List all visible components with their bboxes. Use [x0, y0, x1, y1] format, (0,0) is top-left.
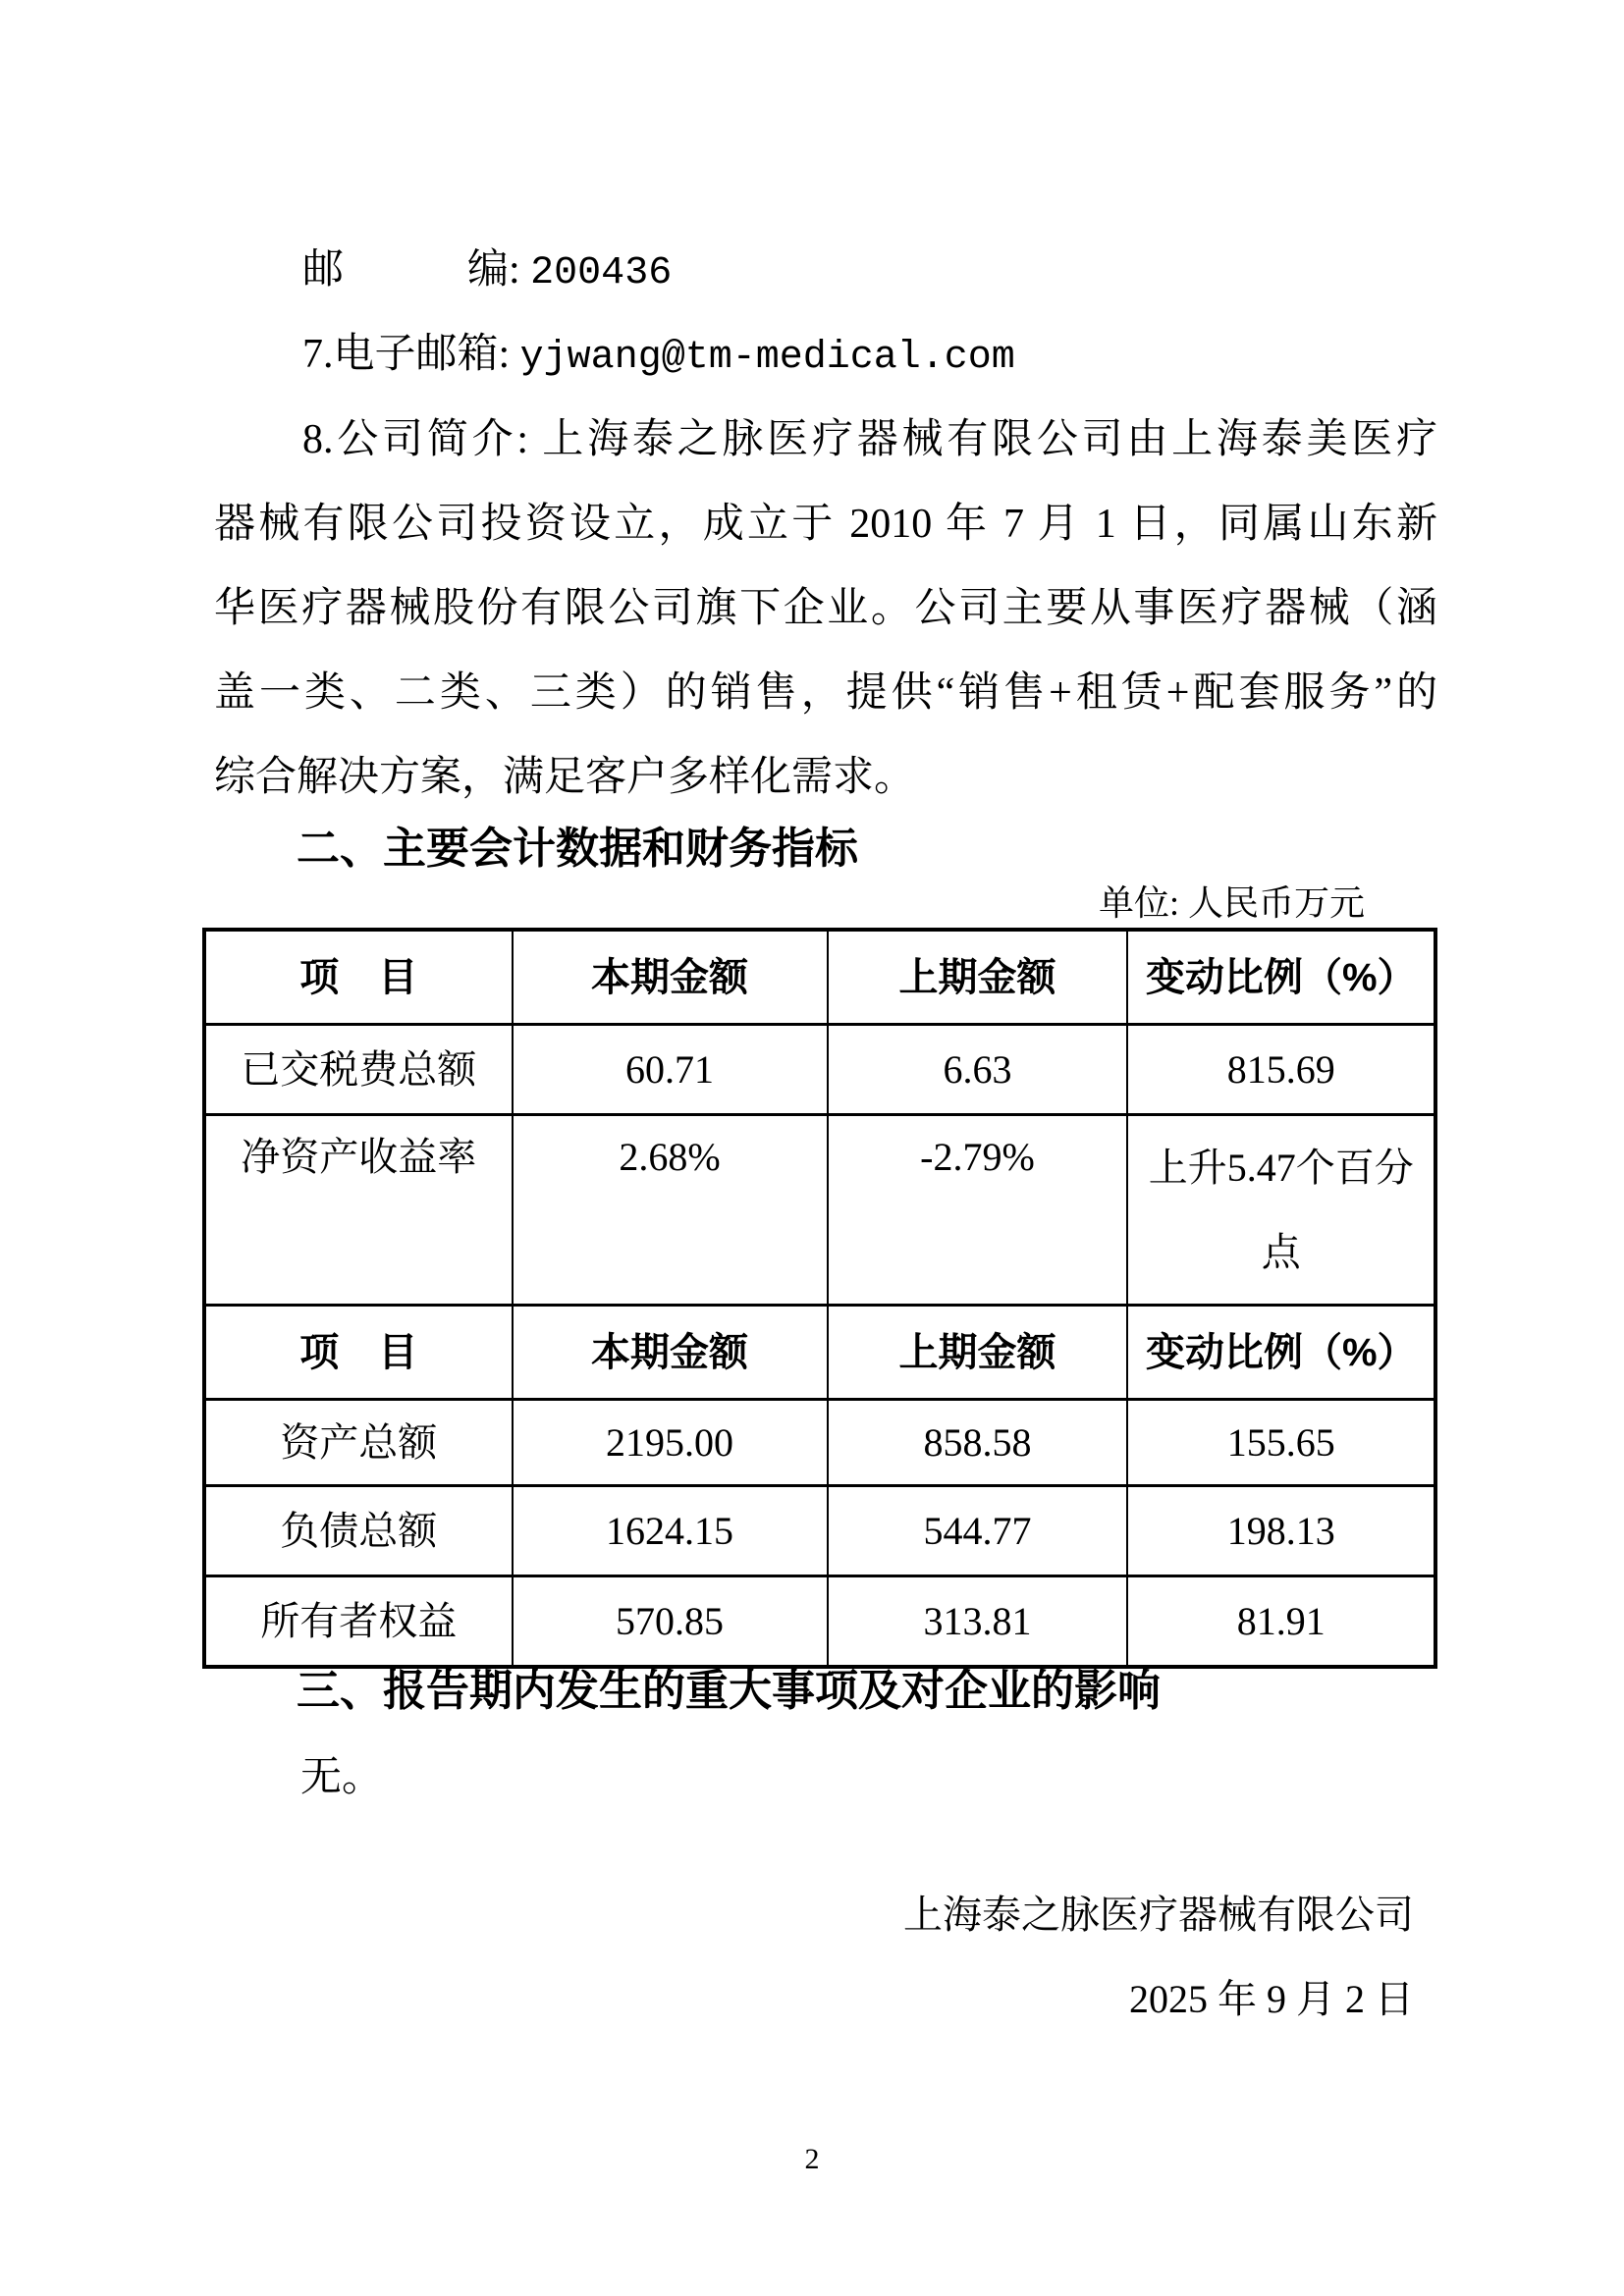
table-cell: 155.65: [1127, 1400, 1435, 1486]
section3-content: 无。: [214, 1735, 1524, 1820]
paragraph-line: 8.公司简介: 上海泰之脉医疗器械有限公司由上海泰美医疗: [214, 398, 1437, 482]
table-cell: 60.71: [513, 1025, 828, 1115]
table-cell: 上升5.47个百分点: [1127, 1115, 1435, 1306]
paragraph-line: 器械有限公司投资设立，成立于 2010 年 7 月 1 日，同属山东新: [214, 482, 1437, 566]
paragraph-line: 华医疗器械股份有限公司旗下企业。公司主要从事医疗器械（涵: [214, 566, 1437, 651]
postal-code-label: 邮 编:: [302, 247, 530, 293]
table-cell: 负债总额: [204, 1486, 513, 1576]
table-header-row: 项 目 本期金额 上期金额 变动比例（%）: [204, 1306, 1435, 1400]
table-header-cell: 上期金额: [828, 1306, 1128, 1400]
email-line: 7.电子邮箱: yjwang@tm-medical.com: [214, 312, 1526, 400]
table-cell: 544.77: [828, 1486, 1128, 1576]
table-cell: 净资产收益率: [204, 1115, 513, 1306]
table-cell: -2.79%: [828, 1115, 1128, 1306]
table-header-row: 项 目 本期金额 上期金额 变动比例（%）: [204, 930, 1435, 1025]
table-header-cell: 变动比例（%）: [1127, 930, 1435, 1025]
page-number: 2: [0, 2140, 1624, 2179]
table-cell: 198.13: [1127, 1486, 1435, 1576]
table-cell: 858.58: [828, 1400, 1128, 1486]
table-cell: 6.63: [828, 1025, 1128, 1115]
email-value: yjwang@tm-medical.com: [520, 336, 1015, 380]
company-profile-paragraph: 8.公司简介: 上海泰之脉医疗器械有限公司由上海泰美医疗 器械有限公司投资设立，…: [214, 398, 1437, 820]
paragraph-line: 盖一类、二类、三类）的销售，提供“销售+租赁+配套服务”的: [214, 651, 1437, 735]
table-cell: 1624.15: [513, 1486, 828, 1576]
table-header-cell: 上期金额: [828, 930, 1128, 1025]
table-cell: 815.69: [1127, 1025, 1435, 1115]
postal-code-value: 200436: [530, 251, 672, 295]
unit-note: 单位: 人民币万元: [202, 879, 1365, 928]
section3-heading: 三、报告期内发生的重大事项及对企业的影响: [214, 1649, 1520, 1734]
table-header-cell: 项 目: [204, 1306, 513, 1400]
signature-date: 2025 年 9 月 2 日: [214, 1957, 1414, 2042]
postal-code-line: 邮 编: 200436: [214, 228, 1526, 316]
signature-company: 上海泰之脉医疗器械有限公司: [214, 1873, 1414, 1957]
email-label: 7.电子邮箱:: [302, 332, 520, 377]
table-header-cell: 项 目: [204, 930, 513, 1025]
financial-indicators-table: 项 目 本期金额 上期金额 变动比例（%） 已交税费总额 60.71 6.63 …: [202, 928, 1437, 1669]
table-header-cell: 变动比例（%）: [1127, 1306, 1435, 1400]
table-cell: 2.68%: [513, 1115, 828, 1306]
table-row: 负债总额 1624.15 544.77 198.13: [204, 1486, 1435, 1576]
table-cell: 2195.00: [513, 1400, 828, 1486]
table-row: 已交税费总额 60.71 6.63 815.69: [204, 1025, 1435, 1115]
table-header-cell: 本期金额: [513, 1306, 828, 1400]
table-cell: 已交税费总额: [204, 1025, 513, 1115]
document-page: 邮 编: 200436 7.电子邮箱: yjwang@tm-medical.co…: [0, 0, 1624, 2296]
table-row: 资产总额 2195.00 858.58 155.65: [204, 1400, 1435, 1486]
table-cell: 资产总额: [204, 1400, 513, 1486]
table-row: 净资产收益率 2.68% -2.79% 上升5.47个百分点: [204, 1115, 1435, 1306]
table-header-cell: 本期金额: [513, 930, 828, 1025]
